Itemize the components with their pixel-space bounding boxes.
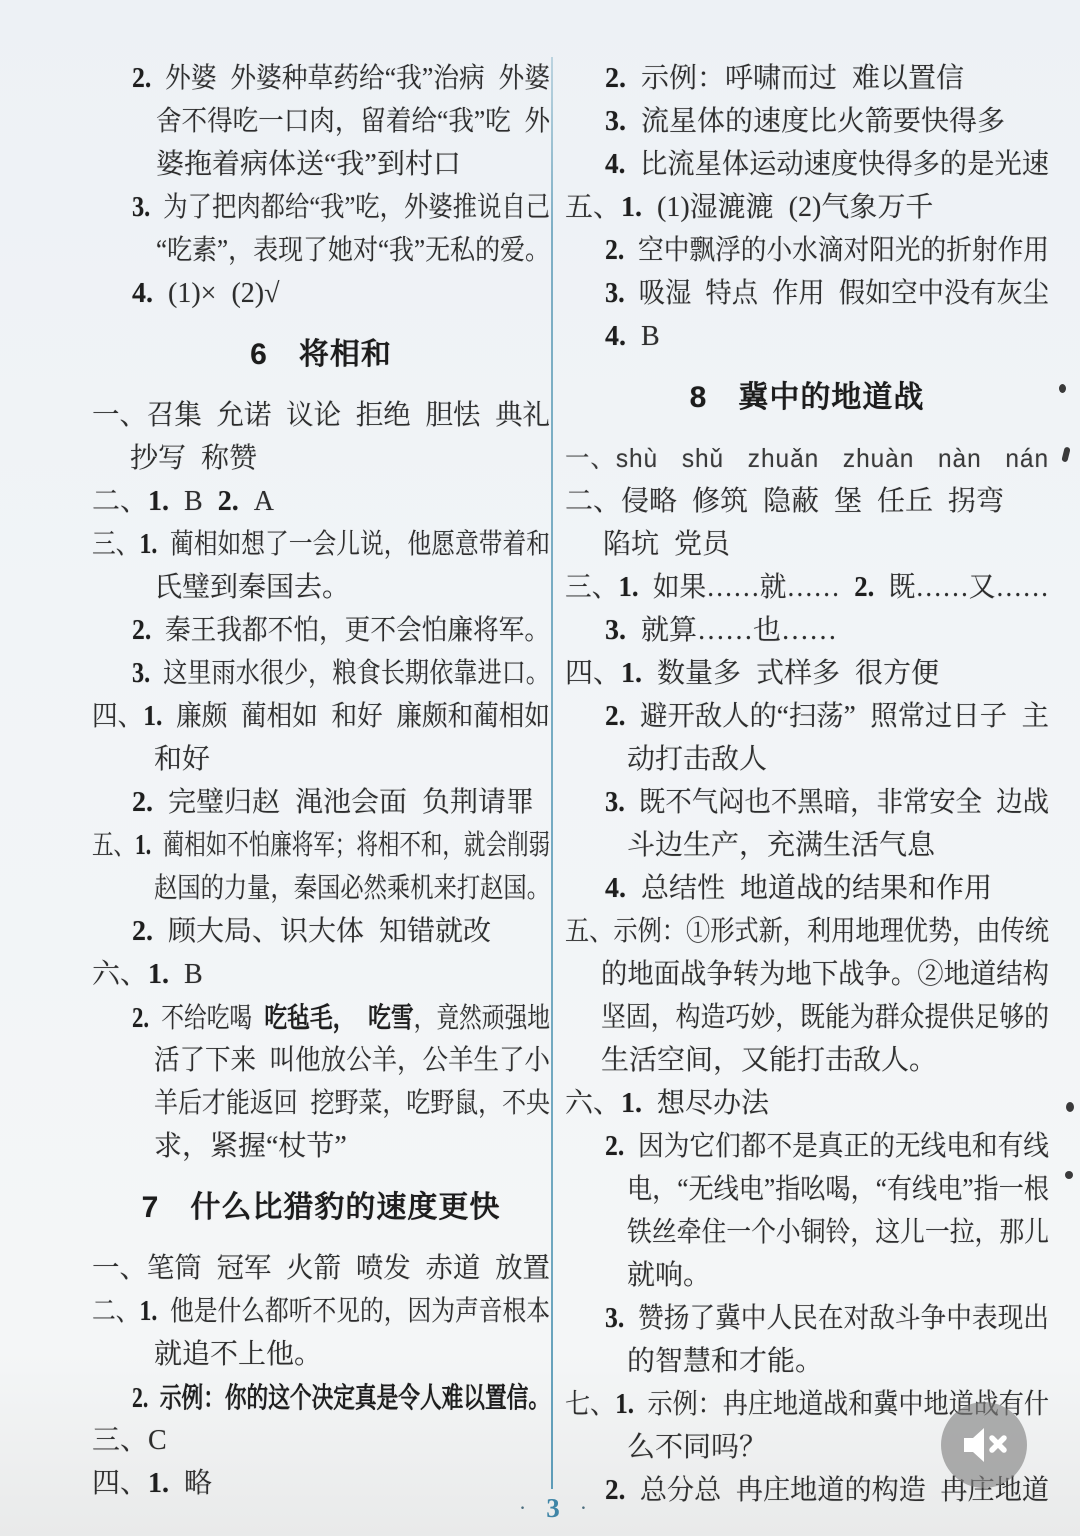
item-number: 2. <box>218 486 254 517</box>
answer-line: 一、shù shǔ zhuǎn zhuàn nàn nán <box>565 437 1049 480</box>
answer-text: 侵略 修筑 隐蔽 堡 任丘 拐弯 <box>621 486 1004 517</box>
item-number: 3. <box>605 615 641 646</box>
answer-text: 六、 <box>92 959 148 990</box>
answer-line: 4. 比流星体运动速度快得多的是光速 <box>565 143 1049 186</box>
answer-line: 二、侵略 修筑 隐蔽 堡 任丘 拐弯 <box>565 480 1049 523</box>
answer-text: 外婆 外婆种草药给“我”治病 外婆 <box>165 63 550 94</box>
answer-line: 羊后才能返回 挖野菜，吃野鼠，不央 <box>92 1082 550 1125</box>
answer-line: 二、1. 他是什么都听不见的，因为声音根本 <box>92 1290 550 1333</box>
answer-line: 3. 为了把肉都给“我”吃，外婆推说自己 <box>92 186 550 229</box>
answer-text: 陷坑 党员 <box>603 529 730 560</box>
answer-text: 一、 <box>92 400 147 431</box>
answer-text: 生活空间，又能打击敌人。 <box>601 1045 937 1076</box>
answer-line: 求，紧握“杖节” <box>92 1125 550 1168</box>
answer-text: 五、 <box>565 192 621 223</box>
answer-text: 为了把肉都给“我”吃，外婆推说自己 <box>163 192 550 223</box>
answer-text: C <box>148 1425 167 1456</box>
scan-speck <box>1061 446 1070 462</box>
item-number: 1. <box>621 192 657 223</box>
answer-text: 四、 <box>565 658 621 689</box>
answer-text: 七、 <box>565 1389 615 1420</box>
answer-line: 四、1. 略 <box>92 1462 550 1505</box>
answer-line: 三、1. 如果……就…… 2. 既……又…… <box>565 566 1049 609</box>
footer-dot-right: · <box>580 1488 587 1528</box>
answer-text: 吸湿 特点 作用 假如空中没有灰尘 <box>639 278 1049 309</box>
answer-line: 4. (1)× (2)√ <box>92 272 550 315</box>
item-number: 3. <box>132 658 163 689</box>
answer-line: 3. 流星体的速度比火箭要快得多 <box>565 100 1049 143</box>
item-number: 2. <box>132 787 168 818</box>
answer-text: 完璧归赵 渑池会面 负荆请罪 <box>168 787 534 818</box>
answer-line: 4. B <box>565 315 1049 358</box>
answer-text: 召集 允诺 议论 拒绝 胆怯 典礼 <box>147 400 550 431</box>
answer-text: 四、 <box>92 701 143 732</box>
answer-text: 顾大局、识大体 知错就改 <box>168 916 491 947</box>
item-number: 4. <box>605 873 641 904</box>
answer-line: 3. 既不气闷也不黑暗，非常安全 边战 <box>565 781 1049 824</box>
answer-line: 抄写 称赞 <box>92 437 550 480</box>
answer-text: 婆拖着病体送“我”到村口 <box>156 149 461 180</box>
answer-text: (1)× (2)√ <box>168 278 279 309</box>
answer-line: 六、1. B <box>92 953 550 996</box>
answer-line: 的智慧和才能。 <box>565 1340 1049 1383</box>
answer-text: “吃素”，表现了她对“我”无私的爱。 <box>156 235 550 266</box>
answer-line: 斗边生产，充满生活气息 <box>565 824 1049 867</box>
answer-text: 活了下来 叫他放公羊，公羊生了小 <box>154 1045 550 1076</box>
answer-text: 就追不上他。 <box>154 1339 322 1370</box>
item-number: 4. <box>605 149 640 180</box>
answer-text: 如果……就…… <box>653 572 854 603</box>
answer-line: “吃素”，表现了她对“我”无私的爱。 <box>92 229 550 272</box>
item-number: 1. <box>135 830 163 861</box>
answer-text: 四、 <box>92 1468 148 1499</box>
answer-text: 氏璧到秦国去。 <box>154 572 350 603</box>
answer-line: 4. 总结性 地道战的结果和作用 <box>565 867 1049 910</box>
answer-column-right: 2. 示例：呼啸而过 难以置信3. 流星体的速度比火箭要快得多4. 比流星体运动… <box>565 57 1049 1512</box>
answer-text: 就响。 <box>627 1260 711 1291</box>
answer-line: 四、1. 数量多 式样多 很方便 <box>565 652 1049 695</box>
answer-text: 二、 <box>92 1296 140 1327</box>
answer-line: 五、1. 蔺相如不怕廉将军；将相不和，就会削弱 <box>92 824 550 867</box>
answer-text: 斗边生产，充满生活气息 <box>627 830 935 861</box>
answer-line: 2. 示例：呼啸而过 难以置信 <box>565 57 1049 100</box>
answer-line: 2. 空中飘浮的小水滴对阳光的折射作用 <box>565 229 1049 272</box>
answer-text: 舍不得吃一口肉，留着给“我”吃 外 <box>156 106 550 137</box>
answer-text: 因为它们都不是真正的无线电和有线 <box>638 1131 1049 1162</box>
answer-line: 五、示例：①形式新，利用地理优势，由传统 <box>565 910 1049 953</box>
scan-speck <box>1065 1171 1073 1179</box>
answer-line: 活了下来 叫他放公羊，公羊生了小 <box>92 1039 550 1082</box>
answer-text: 三、 <box>92 1425 148 1456</box>
item-number: 1. <box>140 1296 171 1327</box>
answer-text: 动打击敌人 <box>627 744 767 775</box>
answer-text: 笔筒 冠军 火箭 喷发 赤道 放置 <box>147 1253 550 1284</box>
answer-text: 抄写 称赞 <box>130 443 257 474</box>
answer-line: 2. 顾大局、识大体 知错就改 <box>92 910 550 953</box>
item-number: 1. <box>148 1468 184 1499</box>
answer-text: 和好 <box>154 744 210 775</box>
answer-column-left: 2. 外婆 外婆种草药给“我”治病 外婆舍不得吃一口肉，留着给“我”吃 外婆拖着… <box>92 57 550 1505</box>
scan-speck <box>1059 384 1066 393</box>
answer-text: B <box>641 321 660 352</box>
answer-text: 就算……也…… <box>641 615 837 646</box>
answer-line: 一、笔筒 冠军 火箭 喷发 赤道 放置 <box>92 1247 550 1290</box>
answer-text: B <box>184 959 203 990</box>
answer-line: 五、1. (1)湿漉漉 (2)气象万千 <box>565 186 1049 229</box>
answer-line: 3. 就算……也…… <box>565 609 1049 652</box>
answer-line: 2. 避开敌人的“扫荡” 照常过日子 主 <box>565 695 1049 738</box>
item-number: 1. <box>143 701 176 732</box>
column-divider <box>551 57 553 1489</box>
answer-text: ，竟然顽强地 <box>414 1003 550 1034</box>
answer-text: 略 <box>184 1468 212 1499</box>
item-number: 2. <box>132 63 165 94</box>
answer-line: 婆拖着病体送“我”到村口 <box>92 143 550 186</box>
answer-line: 氏璧到秦国去。 <box>92 566 550 609</box>
answer-text: 五、 <box>565 916 613 947</box>
footer-dot-left: · <box>519 1488 526 1528</box>
answer-text: 既不气闷也不黑暗，非常安全 边战 <box>639 787 1049 818</box>
item-number: 3. <box>605 787 639 818</box>
answer-text: 不给吃喝 <box>161 1003 264 1034</box>
answer-line: 二、1. B 2. A <box>92 480 550 523</box>
answer-text: 二、 <box>92 486 148 517</box>
answer-line: 2. 完璧归赵 渑池会面 负荆请罪 <box>92 781 550 824</box>
answer-text: 么不同吗？ <box>627 1432 767 1463</box>
answer-line: 六、1. 想尽办法 <box>565 1082 1049 1125</box>
section-heading: 6 将相和 <box>92 333 550 376</box>
answer-text: A <box>254 486 274 517</box>
answer-text: 一、 <box>565 443 616 473</box>
answer-line: 铁丝牵住一个小铜铃，这儿一拉，那儿 <box>565 1211 1049 1254</box>
workbook-answer-page: 2. 外婆 外婆种草药给“我”治病 外婆舍不得吃一口肉，留着给“我”吃 外婆拖着… <box>0 0 1080 1536</box>
answer-text: 羊后才能返回 挖野菜，吃野鼠，不央 <box>154 1088 550 1119</box>
answer-text: 这里雨水很少，粮食长期依靠进口。 <box>163 658 550 689</box>
item-number: 3. <box>605 1303 638 1334</box>
answer-line: 2. 因为它们都不是真正的无线电和有线 <box>565 1125 1049 1168</box>
answer-line: 3. 赞扬了冀中人民在对敌斗争中表现出 <box>565 1297 1049 1340</box>
item-number: 1. <box>621 658 657 689</box>
item-number: 1. <box>148 959 184 990</box>
answer-line: 就响。 <box>565 1254 1049 1297</box>
answer-text: 总结性 地道战的结果和作用 <box>641 873 992 904</box>
answer-line: 动打击敌人 <box>565 738 1049 781</box>
answer-text: 蔺相如想了一会儿说，他愿意带着和 <box>170 529 550 560</box>
item-number: 1. <box>615 1389 647 1420</box>
answer-text: (1)湿漉漉 (2)气象万千 <box>657 192 933 223</box>
item-number: 1. <box>148 486 184 517</box>
answer-text: 电，“无线电”指吆喝，“有线电”指一根 <box>627 1174 1049 1205</box>
item-number: 2. <box>605 701 640 732</box>
answer-line: 2. 外婆 外婆种草药给“我”治病 外婆 <box>92 57 550 100</box>
answer-text: 六、 <box>565 1088 621 1119</box>
item-number: 2. <box>854 572 888 603</box>
answer-line: 就追不上他。 <box>92 1333 550 1376</box>
item-number: 4. <box>132 278 168 309</box>
answer-text: 一、 <box>92 1253 147 1284</box>
answer-text: shù shǔ zhuǎn zhuàn nàn nán <box>616 443 1049 473</box>
answer-text: 示例：呼啸而过 难以置信 <box>641 63 964 94</box>
answer-line: 舍不得吃一口肉，留着给“我”吃 外 <box>92 100 550 143</box>
item-number: 4. <box>605 321 641 352</box>
answer-line: 生活空间，又能打击敌人。 <box>565 1039 1049 1082</box>
answer-text: 五、 <box>92 830 135 861</box>
item-number: 3. <box>605 278 639 309</box>
answer-line: 2. 不给吃喝 吃毡毛， 吃雪，竟然顽强地 <box>92 996 550 1039</box>
item-number: 2. <box>132 1003 161 1034</box>
answer-line: 三、C <box>92 1419 550 1462</box>
answer-text: 蔺相如不怕廉将军；将相不和，就会削弱 <box>163 830 550 861</box>
item-number: 2. <box>132 1383 160 1414</box>
answer-line: 3. 这里雨水很少，粮食长期依靠进口。 <box>92 652 550 695</box>
speaker-muted-icon <box>958 1421 1010 1469</box>
page-number: 3 <box>546 1488 560 1528</box>
answer-text: 数量多 式样多 很方便 <box>657 658 939 689</box>
item-number: 1. <box>621 1088 657 1119</box>
item-number: 2. <box>605 1131 638 1162</box>
mute-button[interactable] <box>941 1402 1027 1488</box>
answer-text: 赵国的力量，秦国必然乘机来打赵国。 <box>154 873 550 904</box>
answer-text: 想尽办法 <box>657 1088 769 1119</box>
answer-line: 三、1. 蔺相如想了一会儿说，他愿意带着和 <box>92 523 550 566</box>
answer-text: B <box>184 486 218 517</box>
answer-text: 的智慧和才能。 <box>627 1346 823 1377</box>
item-number: 2. <box>132 615 165 646</box>
answer-text: 流星体的速度比火箭要快得多 <box>641 106 1005 137</box>
answer-text: 赞扬了冀中人民在对敌斗争中表现出 <box>638 1303 1049 1334</box>
answer-line: 坚固，构造巧妙，既能为群众提供足够的 <box>565 996 1049 1039</box>
answer-text: 坚固，构造巧妙，既能为群众提供足够的 <box>601 1002 1049 1033</box>
answer-text: 铁丝牵住一个小铜铃，这儿一拉，那儿 <box>627 1217 1049 1248</box>
item-number: 1. <box>618 572 652 603</box>
answer-text: 秦王我都不怕，更不会怕廉将军。 <box>165 615 550 646</box>
answer-line: 陷坑 党员 <box>565 523 1049 566</box>
answer-text: 三、 <box>92 529 140 560</box>
answer-line: 赵国的力量，秦国必然乘机来打赵国。 <box>92 867 550 910</box>
answer-line: 四、1. 廉颇 蔺相如 和好 廉颇和蔺相如 <box>92 695 550 738</box>
item-number: 2. <box>132 916 168 947</box>
item-number: 1. <box>140 529 171 560</box>
item-number: 2. <box>605 235 638 266</box>
item-number: 3. <box>132 192 163 223</box>
section-heading: 7 什么比猎豹的速度更快 <box>92 1186 550 1229</box>
answer-line: 3. 吸湿 特点 作用 假如空中没有灰尘 <box>565 272 1049 315</box>
answer-line: 2. 秦王我都不怕，更不会怕廉将军。 <box>92 609 550 652</box>
answer-text: 的地面战争转为地下战争。②地道结构 <box>601 959 1049 990</box>
answer-text: 既……又…… <box>889 572 1049 603</box>
answer-text: 廉颇 蔺相如 和好 廉颇和蔺相如 <box>176 701 550 732</box>
answer-text: 避开敌人的“扫荡” 照常过日子 主 <box>640 701 1049 732</box>
answer-line: 电，“无线电”指吆喝，“有线电”指一根 <box>565 1168 1049 1211</box>
page-footer: · 3 · <box>493 1488 613 1528</box>
answer-text: 二、 <box>565 486 621 517</box>
scan-speck <box>1066 1102 1074 1112</box>
item-number: 3. <box>605 106 641 137</box>
answer-text: 他是什么都听不见的，因为声音根本 <box>170 1296 550 1327</box>
answer-text: 吃毡毛， 吃雪 <box>264 1002 413 1033</box>
item-number: 2. <box>605 63 641 94</box>
answer-line: 和好 <box>92 738 550 781</box>
answer-text: 求，紧握“杖节” <box>154 1131 347 1162</box>
answer-text: 示例：你的这个决定真是令人难以置信。 <box>160 1382 550 1413</box>
section-heading: 8 冀中的地道战 <box>565 376 1049 419</box>
answer-line: 的地面战争转为地下战争。②地道结构 <box>565 953 1049 996</box>
answer-text: 示例：①形式新，利用地理优势，由传统 <box>613 916 1049 947</box>
answer-text: 比流星体运动速度快得多的是光速 <box>640 149 1049 180</box>
answer-line: 2. 示例：你的这个决定真是令人难以置信。 <box>92 1376 550 1419</box>
answer-text: 空中飘浮的小水滴对阳光的折射作用 <box>638 235 1049 266</box>
answer-text: 三、 <box>565 572 618 603</box>
answer-line: 一、召集 允诺 议论 拒绝 胆怯 典礼 <box>92 394 550 437</box>
